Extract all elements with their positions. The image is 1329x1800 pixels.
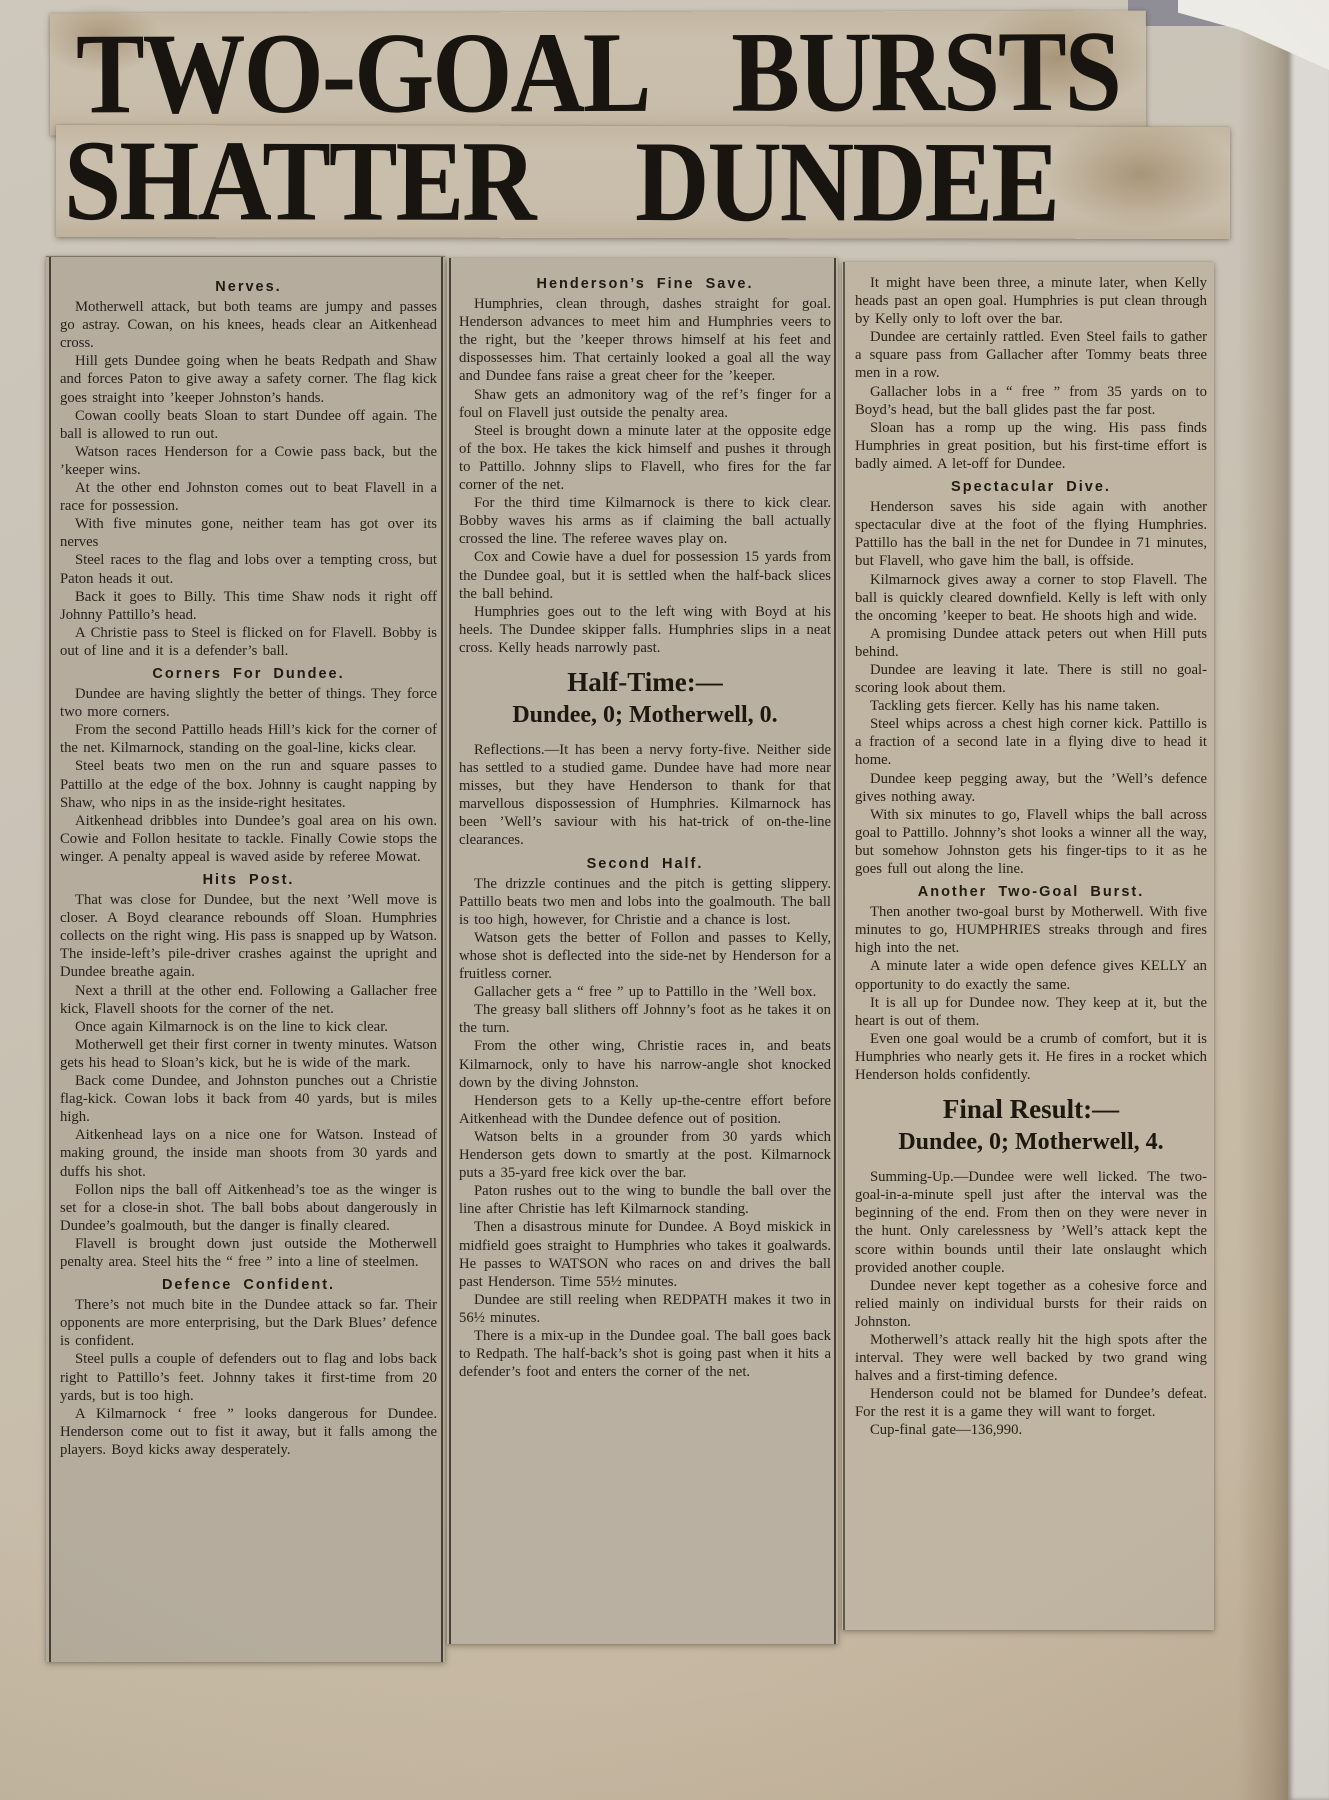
- article-paragraph: Gallacher gets a “ free ” up to Pattillo…: [459, 983, 831, 1001]
- article-paragraph: Back it goes to Billy. This time Shaw no…: [60, 588, 437, 624]
- article-paragraph: With six minutes to go, Flavell whips th…: [855, 806, 1207, 878]
- article-paragraph: Henderson could not be blamed for Dundee…: [855, 1385, 1207, 1421]
- article-paragraph: At the other end Johnston comes out to b…: [60, 479, 437, 515]
- column-rule: [834, 258, 836, 1644]
- article-paragraph: Dundee are certainly rattled. Even Steel…: [855, 328, 1207, 382]
- score-value: Dundee, 0; Motherwell, 0.: [459, 701, 831, 729]
- article-paragraph: Shaw gets an admonitory wag of the ref’s…: [459, 386, 831, 422]
- article-paragraph: Steel pulls a couple of defenders out to…: [60, 1350, 437, 1404]
- article-paragraph: A promising Dundee attack peters out whe…: [855, 625, 1207, 661]
- article-paragraph: A minute later a wide open defence gives…: [855, 957, 1207, 993]
- score-title: Final Result:—: [855, 1094, 1207, 1124]
- article-paragraph: From the second Pattillo heads Hill’s ki…: [60, 721, 437, 757]
- article-paragraph: Then a disastrous minute for Dundee. A B…: [459, 1218, 831, 1290]
- article-paragraph: It is all up for Dundee now. They keep a…: [855, 994, 1207, 1030]
- tape-stain: [1046, 119, 1236, 229]
- article-paragraph: Steel whips across a chest high corner k…: [855, 715, 1207, 769]
- article-paragraph: Watson races Henderson for a Cowie pass …: [60, 443, 437, 479]
- article-paragraph: Steel beats two men on the run and squar…: [60, 757, 437, 811]
- article-paragraph: Cowan coolly beats Sloan to start Dundee…: [60, 407, 437, 443]
- column-rule: [449, 258, 451, 1644]
- section-heading: Second Half.: [459, 855, 831, 873]
- article-paragraph: Paton rushes out to the wing to bundle t…: [459, 1182, 831, 1218]
- article-paragraph: Once again Kilmarnock is on the line to …: [60, 1018, 437, 1036]
- article-paragraph: Steel races to the flag and lobs over a …: [60, 551, 437, 587]
- article-paragraph: From the other wing, Christie races in, …: [459, 1037, 831, 1091]
- article-paragraph: Henderson saves his side again with anot…: [855, 498, 1207, 570]
- article-paragraph: Dundee never kept together as a cohesive…: [855, 1277, 1207, 1331]
- article-paragraph: Hill gets Dundee going when he beats Red…: [60, 352, 437, 406]
- backing-page-edge: [1288, 0, 1329, 1800]
- section-heading: Hits Post.: [60, 871, 437, 889]
- article-paragraph: Dundee are having slightly the better of…: [60, 685, 437, 721]
- section-heading: Spectacular Dive.: [855, 478, 1207, 496]
- article-paragraph: Humphries, clean through, dashes straigh…: [459, 295, 831, 385]
- article-paragraph: Back come Dundee, and Johnston punches o…: [60, 1072, 437, 1126]
- article-column-3: It might have been three, a minute later…: [842, 262, 1214, 1630]
- headline-line-2: SHATTER DUNDEE: [64, 123, 1058, 240]
- article-paragraph: Follon nips the ball off Aitkenhead’s to…: [60, 1181, 437, 1235]
- article-paragraph: Steel is brought down a minute later at …: [459, 422, 831, 494]
- article-paragraph: Reflections.—It has been a nervy forty-f…: [459, 741, 831, 850]
- article-paragraph: Flavell is brought down just outside the…: [60, 1235, 437, 1271]
- article-column-1: Nerves.Motherwell attack, but both teams…: [46, 256, 445, 1662]
- article-column-2: Henderson’s Fine Save.Humphries, clean t…: [447, 258, 838, 1644]
- headline-clipping-bottom: SHATTER DUNDEE: [56, 125, 1230, 239]
- article-paragraph: Then another two-goal burst by Motherwel…: [855, 903, 1207, 957]
- article-paragraph: Tackling gets fiercer. Kelly has his nam…: [855, 697, 1207, 715]
- article-paragraph: Cox and Cowie have a duel for possession…: [459, 548, 831, 602]
- article-paragraph: The greasy ball slithers off Johnny’s fo…: [459, 1001, 831, 1037]
- article-paragraph: Dundee keep pegging away, but the ’Well’…: [855, 770, 1207, 806]
- article-paragraph: Dundee are leaving it late. There is sti…: [855, 661, 1207, 697]
- article-paragraph: Summing-Up.—Dundee were well licked. The…: [855, 1168, 1207, 1277]
- section-heading: Another Two-Goal Burst.: [855, 883, 1207, 901]
- score-block: Half-Time:—Dundee, 0; Motherwell, 0.: [459, 667, 831, 729]
- article-paragraph: Aitkenhead dribbles into Dundee’s goal a…: [60, 812, 437, 866]
- section-heading: Defence Confident.: [60, 1276, 437, 1294]
- article-paragraph: Watson gets the better of Follon and pas…: [459, 929, 831, 983]
- article-paragraph: For the third time Kilmarnock is there t…: [459, 494, 831, 548]
- article-paragraph: There is a mix-up in the Dundee goal. Th…: [459, 1327, 831, 1381]
- article-paragraph: Next a thrill at the other end. Followin…: [60, 982, 437, 1018]
- article-paragraph: Dundee are still reeling when REDPATH ma…: [459, 1291, 831, 1327]
- score-block: Final Result:—Dundee, 0; Motherwell, 4.: [855, 1094, 1207, 1156]
- article-paragraph: It might have been three, a minute later…: [855, 274, 1207, 328]
- article-paragraph: Watson belts in a grounder from 30 yards…: [459, 1128, 831, 1182]
- article-paragraph: Henderson gets to a Kelly up-the-centre …: [459, 1092, 831, 1128]
- article-paragraph: A Christie pass to Steel is flicked on f…: [60, 624, 437, 660]
- column-rule: [843, 262, 845, 1630]
- article-paragraph: Humphries goes out to the left wing with…: [459, 603, 831, 657]
- column-rule: [49, 257, 51, 1662]
- article-paragraph: That was close for Dundee, but the next …: [60, 891, 437, 981]
- article-paragraph: With five minutes gone, neither team has…: [60, 515, 437, 551]
- article-paragraph: Gallacher lobs in a “ free ” from 35 yar…: [855, 383, 1207, 419]
- article-paragraph: A Kilmarnock ‘ free ” looks dangerous fo…: [60, 1405, 437, 1459]
- section-heading: Corners For Dundee.: [60, 665, 437, 683]
- article-paragraph: The drizzle continues and the pitch is g…: [459, 875, 831, 929]
- section-heading: Nerves.: [60, 278, 437, 296]
- article-paragraph: Motherwell’s attack really hit the high …: [855, 1331, 1207, 1385]
- article-paragraph: Sloan has a romp up the wing. His pass f…: [855, 419, 1207, 473]
- page-fold-shadow: [1238, 0, 1288, 1800]
- article-paragraph: Motherwell attack, but both teams are ju…: [60, 298, 437, 352]
- article-paragraph: Motherwell get their first corner in twe…: [60, 1036, 437, 1072]
- article-paragraph: Kilmarnock gives away a corner to stop F…: [855, 571, 1207, 625]
- article-paragraph: Even one goal would be a crumb of comfor…: [855, 1030, 1207, 1084]
- article-paragraph: Cup-final gate—136,990.: [855, 1421, 1207, 1439]
- article-paragraph: Aitkenhead lays on a nice one for Watson…: [60, 1126, 437, 1180]
- score-title: Half-Time:—: [459, 667, 831, 697]
- score-value: Dundee, 0; Motherwell, 4.: [855, 1128, 1207, 1156]
- column-rule: [441, 257, 443, 1662]
- headline-line-1: TWO-GOAL BURSTS: [76, 14, 1120, 132]
- section-heading: Henderson’s Fine Save.: [459, 275, 831, 293]
- article-paragraph: There’s not much bite in the Dundee atta…: [60, 1296, 437, 1350]
